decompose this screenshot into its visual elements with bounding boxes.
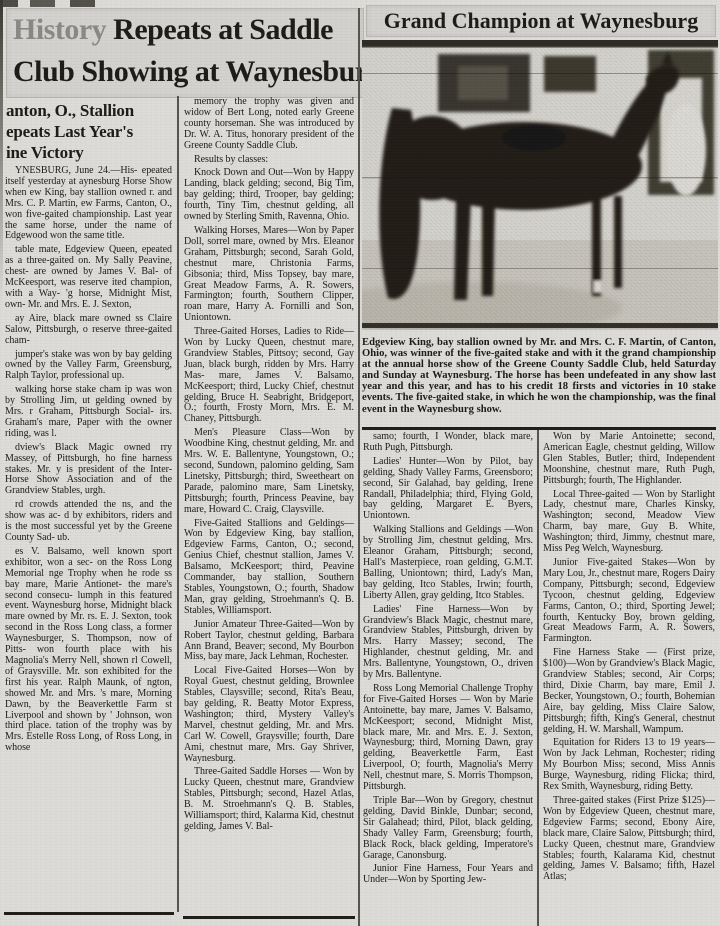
paragraph: Walking Horses, Mares—Won by Paper Doll,… bbox=[184, 226, 354, 324]
subhead: anton, O., Stallion epeats Last Year's i… bbox=[6, 100, 172, 163]
bottom-rule-col2 bbox=[183, 916, 355, 919]
paragraph: Junior Amateur Three-Gaited—Won by Rober… bbox=[184, 620, 354, 664]
headline: History Repeats at Saddle Club Showing a… bbox=[6, 8, 364, 98]
paragraph: Three-Gaited Horses, Ladies to Ride—Won … bbox=[184, 327, 354, 425]
column-rule-2-3 bbox=[358, 8, 360, 926]
paragraph: Triple Bar—Won by Gregory, chestnut geld… bbox=[363, 796, 533, 861]
paragraph: Fine Harness Stake — (First prize, $100)… bbox=[543, 648, 715, 735]
headline-line1-rest: Repeats at Saddle bbox=[106, 13, 333, 46]
horse-photo bbox=[362, 40, 718, 330]
paragraph: dview's Black Magic owned rry Massey, of… bbox=[5, 443, 172, 498]
paragraph: Local Five-Gaited Horses—Won by Royal Gu… bbox=[184, 666, 354, 764]
paragraph: memory the trophy was given and widow of… bbox=[184, 97, 354, 152]
paragraph: jumper's stake was won by bay gelding ow… bbox=[5, 350, 172, 383]
column-rule-3-4 bbox=[537, 430, 539, 926]
paragraph: Ross Long Memorial Challenge Trophy for … bbox=[363, 684, 533, 793]
subhead-line: epeats Last Year's bbox=[6, 121, 172, 142]
photo-title: Grand Champion at Waynesburg bbox=[366, 5, 716, 37]
paragraph: Ladies' Hunter—Won by Pilot, bay gelding… bbox=[363, 457, 533, 522]
paragraph: Junior Five-gaited Stakes—Won by Mary Lo… bbox=[543, 558, 715, 645]
horse-photo-illustration bbox=[362, 40, 718, 330]
caption-rule bbox=[362, 427, 716, 430]
article-column-4: Won by Marie Antoinette; second, America… bbox=[543, 432, 715, 926]
paragraph: Equitation for Riders 13 to 19 years—Won… bbox=[543, 738, 715, 793]
paragraph: es V. Balsamo, well known sport exhibito… bbox=[5, 547, 172, 754]
paragraph: Three-gaited stakes (First Prize $125)—W… bbox=[543, 796, 715, 883]
paragraph: Local Three-gaited — Won by Starlight La… bbox=[543, 490, 715, 555]
paragraph: Results by classes: bbox=[184, 155, 354, 166]
paragraph: YNESBURG, June 24.—His- epeated itself y… bbox=[5, 166, 172, 242]
photo-caption: Edgeview King, bay stallion owned by Mr.… bbox=[362, 337, 716, 426]
paragraph: Knock Down and Out—Won by Happy Landing,… bbox=[184, 168, 354, 223]
headline-line-2: Club Showing at Waynesburg bbox=[13, 51, 363, 93]
paragraph: ay Aire, black mare owned ss Claire Salo… bbox=[5, 314, 172, 347]
scan-edge bbox=[0, 0, 3, 300]
column-rule-1-2 bbox=[177, 96, 179, 912]
bottom-rule-col1 bbox=[4, 912, 174, 915]
paragraph: Men's Pleasure Class—Won by Woodbine Kin… bbox=[184, 428, 354, 515]
paragraph: Three-Gaited Saddle Horses — Won by Luck… bbox=[184, 767, 354, 832]
headline-line-1: History Repeats at Saddle bbox=[13, 9, 363, 51]
paragraph: walking horse stake cham ip was won by S… bbox=[5, 385, 172, 440]
subhead-line: ine Victory bbox=[6, 142, 172, 163]
article-column-2: memory the trophy was given and widow of… bbox=[184, 97, 354, 910]
scan-artifact bbox=[0, 0, 130, 7]
paragraph: Ladies' Fine Harness—Won by Grandview's … bbox=[363, 605, 533, 681]
paragraph: Junior Fine Harness, Four Years and Unde… bbox=[363, 864, 533, 886]
subhead-line: anton, O., Stallion bbox=[6, 100, 172, 121]
paragraph: Five-Gaited Stallions and Geldings—Won b… bbox=[184, 519, 354, 617]
headline-faded-word: History bbox=[13, 13, 106, 46]
article-column-3: samo; fourth, I Wonder, black mare, Ruth… bbox=[363, 432, 533, 926]
article-column-1: YNESBURG, June 24.—His- epeated itself y… bbox=[5, 166, 172, 910]
paragraph: rd crowds attended the ns, and the show … bbox=[5, 500, 172, 544]
paragraph: Won by Marie Antoinette; second, America… bbox=[543, 432, 715, 487]
paragraph: samo; fourth, I Wonder, black mare, Ruth… bbox=[363, 432, 533, 454]
paragraph: table mate, Edgeview Queen, epeated as a… bbox=[5, 245, 172, 310]
paragraph: Walking Stallions and Geldings —Won by S… bbox=[363, 525, 533, 601]
